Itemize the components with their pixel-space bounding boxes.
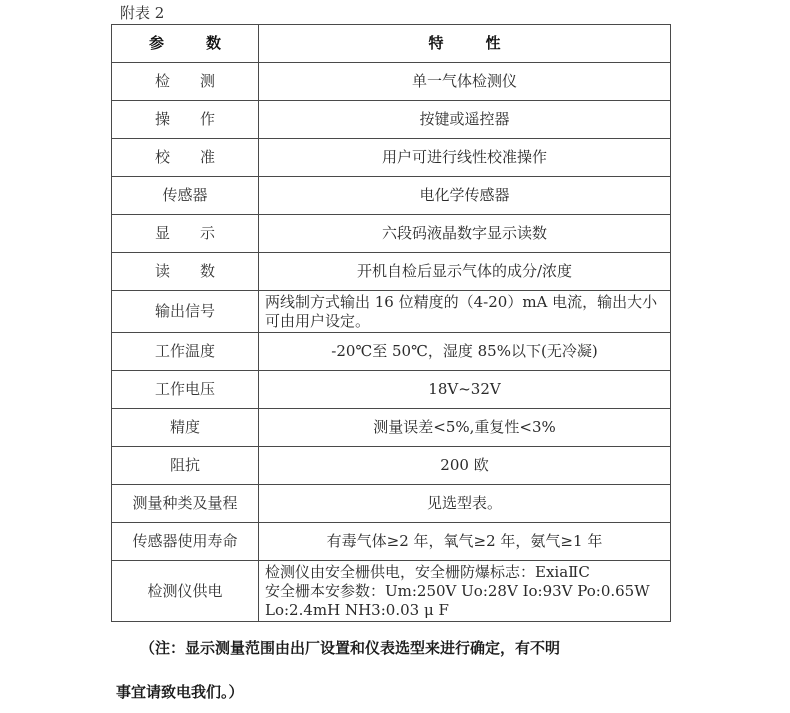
value-line: 两线制方式输出 16 位精度的（4-20）mA 电流，输出大小: [265, 293, 664, 312]
header-feature-char-2: 性: [486, 34, 501, 52]
param-cell: 检测: [112, 63, 259, 101]
header-parameter: 参数: [112, 25, 259, 63]
value-cell: 见选型表。: [259, 485, 671, 523]
param-cell: 精度: [112, 409, 259, 447]
table-row: 检测 单一气体检测仪: [112, 63, 671, 101]
param-cell: 测量种类及量程: [112, 485, 259, 523]
value-cell: 电化学传感器: [259, 177, 671, 215]
param-char-2: 作: [200, 110, 215, 128]
param-cell: 显示: [112, 215, 259, 253]
param-cell: 阻抗: [112, 447, 259, 485]
table-row: 精度 测量误差<5%,重复性<3%: [112, 409, 671, 447]
table-row: 显示 六段码液晶数字显示读数: [112, 215, 671, 253]
table-caption: 附表 2: [120, 4, 164, 22]
spec-table: 参数 特性 检测 单一气体检测仪 操作 按键或遥控器 校准 用户可进行线性校准操…: [111, 24, 671, 622]
param-char-1: 读: [155, 262, 170, 280]
param-char-1: 操: [155, 110, 170, 128]
param-char-2: 示: [200, 224, 215, 242]
value-line: Lo:2.4mH NH3:0.03 μ F: [265, 601, 664, 620]
footnote-line-2: 事宜请致电我们。）: [116, 682, 244, 702]
value-cell: 测量误差<5%,重复性<3%: [259, 409, 671, 447]
value-cell: 开机自检后显示气体的成分/浓度: [259, 253, 671, 291]
param-char-1: 校: [155, 148, 170, 166]
table-row: 校准 用户可进行线性校准操作: [112, 139, 671, 177]
param-cell: 工作温度: [112, 333, 259, 371]
value-cell: 六段码液晶数字显示读数: [259, 215, 671, 253]
header-parameter-char-1: 参: [149, 34, 164, 52]
header-parameter-char-2: 数: [206, 34, 221, 52]
value-line: 可由用户设定。: [265, 312, 664, 331]
header-feature-char-1: 特: [428, 34, 443, 52]
value-cell: 200 欧: [259, 447, 671, 485]
param-cell: 校准: [112, 139, 259, 177]
value-cell: 18V~32V: [259, 371, 671, 409]
table-row: 输出信号 两线制方式输出 16 位精度的（4-20）mA 电流，输出大小 可由用…: [112, 291, 671, 333]
param-char-1: 显: [155, 224, 170, 242]
value-line: 检测仪由安全栅供电，安全栅防爆标志：ExiaⅡC: [265, 563, 664, 582]
value-cell: 有毒气体≥2 年，氧气≥2 年，氨气≥1 年: [259, 523, 671, 561]
param-char-2: 数: [200, 262, 215, 280]
param-cell: 传感器: [112, 177, 259, 215]
value-cell: 按键或遥控器: [259, 101, 671, 139]
param-char-2: 准: [200, 148, 215, 166]
header-feature: 特性: [259, 25, 671, 63]
value-cell: -20℃至 50℃，湿度 85%以下(无冷凝): [259, 333, 671, 371]
param-cell: 工作电压: [112, 371, 259, 409]
table-row: 检测仪供电 检测仪由安全栅供电，安全栅防爆标志：ExiaⅡC 安全栅本安参数：U…: [112, 561, 671, 622]
param-cell: 输出信号: [112, 291, 259, 333]
param-cell: 检测仪供电: [112, 561, 259, 622]
table-row: 操作 按键或遥控器: [112, 101, 671, 139]
value-line: 安全栅本安参数：Um:250V Uo:28V Io:93V Po:0.65W: [265, 582, 664, 601]
param-cell: 传感器使用寿命: [112, 523, 259, 561]
value-cell: 单一气体检测仪: [259, 63, 671, 101]
value-cell: 两线制方式输出 16 位精度的（4-20）mA 电流，输出大小 可由用户设定。: [259, 291, 671, 333]
table-row: 读数 开机自检后显示气体的成分/浓度: [112, 253, 671, 291]
param-cell: 操作: [112, 101, 259, 139]
param-char-1: 检: [155, 72, 170, 90]
value-cell: 检测仪由安全栅供电，安全栅防爆标志：ExiaⅡC 安全栅本安参数：Um:250V…: [259, 561, 671, 622]
table-row: 传感器使用寿命 有毒气体≥2 年，氧气≥2 年，氨气≥1 年: [112, 523, 671, 561]
table-row: 阻抗 200 欧: [112, 447, 671, 485]
param-char-2: 测: [200, 72, 215, 90]
table-row: 工作电压 18V~32V: [112, 371, 671, 409]
table-row: 传感器 电化学传感器: [112, 177, 671, 215]
param-cell: 读数: [112, 253, 259, 291]
table-row: 测量种类及量程 见选型表。: [112, 485, 671, 523]
value-cell: 用户可进行线性校准操作: [259, 139, 671, 177]
footnote-line-1: （注：显示测量范围由出厂设置和仪表选型来进行确定，有不明: [140, 638, 680, 658]
table-header-row: 参数 特性: [112, 25, 671, 63]
table-row: 工作温度 -20℃至 50℃，湿度 85%以下(无冷凝): [112, 333, 671, 371]
